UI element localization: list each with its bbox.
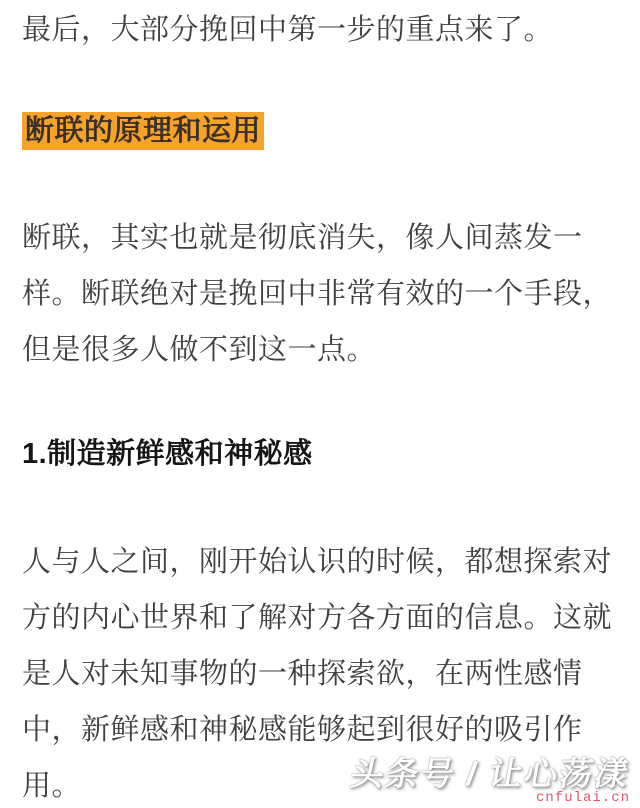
intro-paragraph: 最后，大部分挽回中第一步的重点来了。 [22, 0, 618, 58]
article-page: 最后，大部分挽回中第一步的重点来了。 断联的原理和运用 断联，其实也就是彻底消失… [0, 0, 640, 808]
paragraph-no-contact: 断联，其实也就是彻底消失，像人间蒸发一样。断联绝对是挽回中非常有效的一个手段，但… [22, 210, 618, 378]
paragraph-freshness: 人与人之间，刚开始认识的时候，都想探索对方的内心世界和了解对方各方面的信息。这就… [22, 534, 618, 808]
subheading-freshness: 1.制造新鲜感和神秘感 [22, 434, 618, 474]
section-heading-highlight: 断联的原理和运用 [22, 112, 264, 150]
section-heading: 断联的原理和运用 [22, 112, 618, 150]
